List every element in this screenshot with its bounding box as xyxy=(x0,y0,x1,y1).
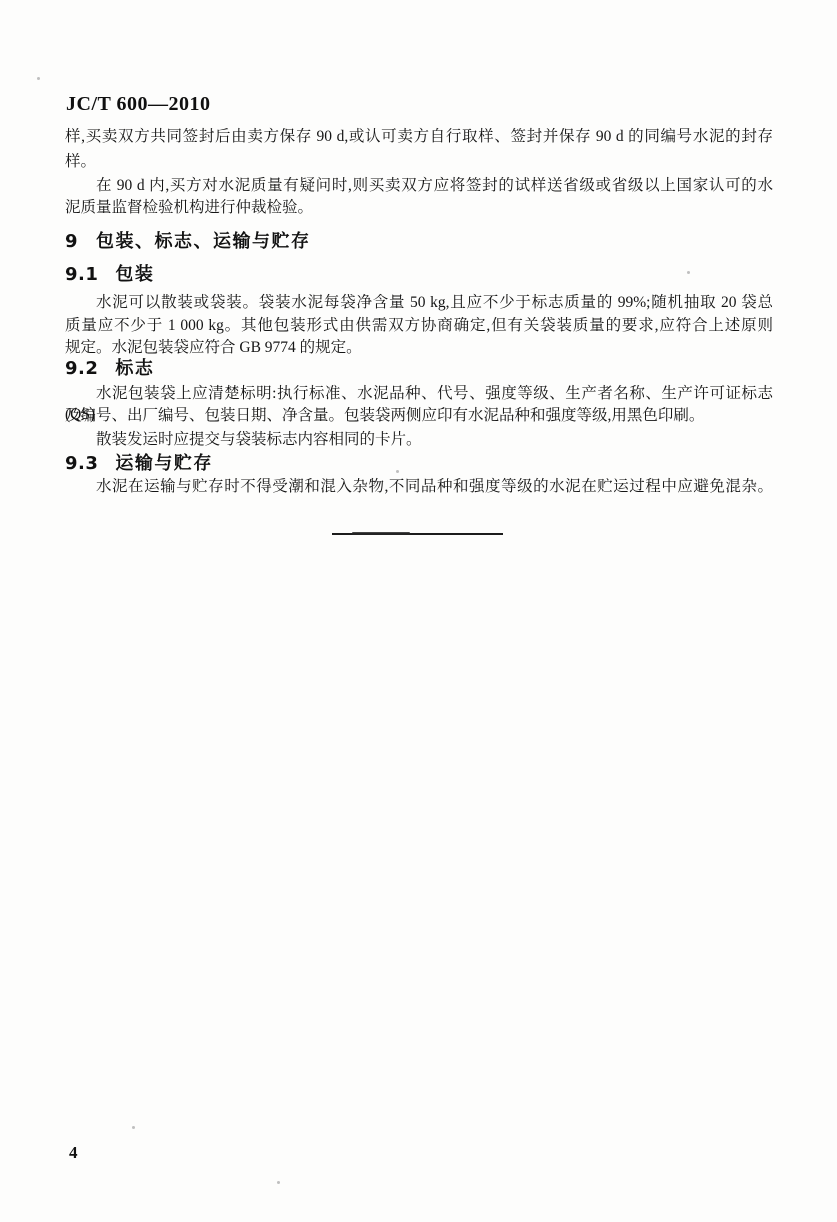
para-line: 在 90 d 内,买方对水泥质量有疑问时,则买卖双方应将签封的试样送省级或省级以… xyxy=(65,175,773,196)
standard-code-header: JC/T 600—2010 xyxy=(66,92,210,116)
para-line: 规定。水泥包装袋应符合 GB 9774 的规定。 xyxy=(65,337,773,358)
clause-9-2-heading: 9.2标志 xyxy=(65,358,773,380)
end-of-text-rule xyxy=(332,533,503,535)
scan-speck xyxy=(132,1126,135,1129)
para-line: 水泥可以散装或袋装。袋装水泥每袋净含量 50 kg,且应不少于标志质量的 99%… xyxy=(65,292,773,313)
scan-speck xyxy=(687,271,690,274)
para-line: 质量应不少于 1 000 kg。其他包装形式由供需双方协商确定,但有关袋装质量的… xyxy=(65,315,773,336)
clause-number: 9.3 xyxy=(65,453,98,474)
para-line: 及编号、出厂编号、包装日期、净含量。包装袋两侧应印有水泥品种和强度等级,用黑色印… xyxy=(65,405,773,426)
clause-9-heading: 9包装、标志、运输与贮存 xyxy=(65,231,773,253)
para-line: 水泥在运输与贮存时不得受潮和混入杂物,不同品种和强度等级的水泥在贮运过程中应避免… xyxy=(65,476,773,497)
scan-speck xyxy=(396,470,399,473)
document-page: JC/T 600—2010 样,买卖双方共同签封后由卖方保存 90 d,或认可卖… xyxy=(0,0,837,1222)
page-number: 4 xyxy=(69,1143,78,1163)
para-line: 散装发运时应提交与袋装标志内容相同的卡片。 xyxy=(65,429,773,450)
clause-number: 9 xyxy=(65,231,78,252)
clause-title: 标志 xyxy=(115,358,154,379)
scan-speck xyxy=(37,77,40,80)
clause-title: 运输与贮存 xyxy=(115,453,213,474)
clause-title: 包装 xyxy=(115,264,154,285)
clause-9-3-heading: 9.3运输与贮存 xyxy=(65,453,773,475)
clause-9-1-heading: 9.1包装 xyxy=(65,264,773,286)
clause-number: 9.2 xyxy=(65,358,98,379)
clause-title: 包装、标志、运输与贮存 xyxy=(96,231,311,252)
para-line: 样。 xyxy=(65,151,773,172)
scan-speck xyxy=(277,1181,280,1184)
para-line: 样,买卖双方共同签封后由卖方保存 90 d,或认可卖方自行取样、签封并保存 90… xyxy=(65,126,773,147)
para-line: 泥质量监督检验机构进行仲裁检验。 xyxy=(65,197,773,218)
clause-number: 9.1 xyxy=(65,264,98,285)
